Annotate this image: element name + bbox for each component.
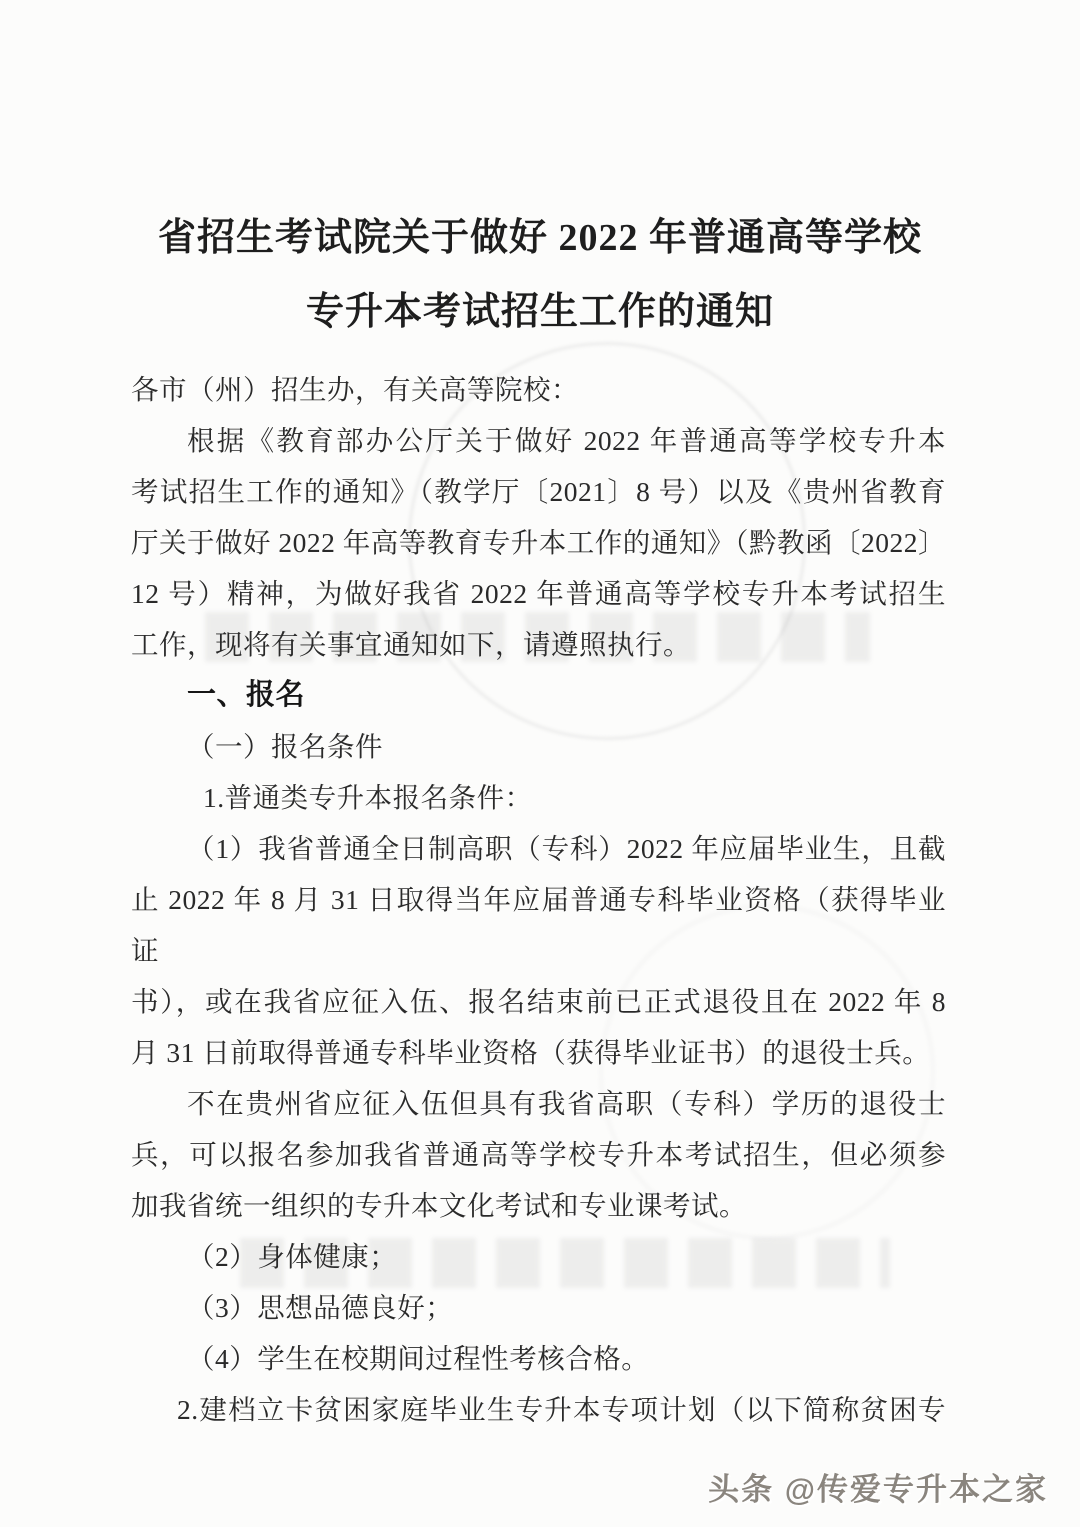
subsection-heading: （一）报名条件	[131, 721, 946, 772]
document-title-line: 省招生考试院关于做好 2022 年普通高等学校	[0, 201, 1080, 275]
body-line: 不在贵州省应征入伍但具有我省高职（专科）学历的退役士	[131, 1078, 946, 1129]
list-item: （2）身体健康；	[131, 1231, 946, 1282]
list-item: （4）学生在校期间过程性考核合格。	[131, 1333, 946, 1384]
body-line: 加我省统一组织的专升本文化考试和专业课考试。	[131, 1180, 946, 1231]
body-line: 厅关于做好 2022 年高等教育专升本工作的通知》（黔教函〔2022〕	[131, 517, 946, 568]
list-item: 1.普通类专升本报名条件：	[131, 772, 946, 823]
body-line: 2.建档立卡贫困家庭毕业生专升本专项计划（以下简称贫困专	[131, 1384, 946, 1435]
body-line: 考试招生工作的通知》（教学厅〔2021〕8 号）以及《贵州省教育	[131, 466, 946, 517]
scanned-notice-page: 省招生考试院关于做好 2022 年普通高等学校 专升本考试招生工作的通知 各市（…	[0, 0, 1080, 1527]
body-line: 兵，可以报名参加我省普通高等学校专升本考试招生，但必须参	[131, 1129, 946, 1180]
section-heading: 一、报名	[131, 670, 946, 721]
salutation-line: 各市（州）招生办，有关高等院校：	[131, 364, 946, 415]
body-line: 月 31 日前取得普通专科毕业资格（获得毕业证书）的退役士兵。	[131, 1027, 946, 1078]
platform-credit-watermark: 头条 @传爱专升本之家	[708, 1464, 1048, 1509]
body-line: 根据《教育部办公厅关于做好 2022 年普通高等学校专升本	[131, 415, 946, 466]
document-body: 各市（州）招生办，有关高等院校： 根据《教育部办公厅关于做好 2022 年普通高…	[131, 364, 946, 1435]
body-line: 12 号）精神，为做好我省 2022 年普通高等学校专升本考试招生	[131, 568, 946, 619]
document-title: 省招生考试院关于做好 2022 年普通高等学校 专升本考试招生工作的通知	[0, 201, 1080, 349]
list-item: （3）思想品德良好；	[131, 1282, 946, 1333]
body-line: （1）我省普通全日制高职（专科）2022 年应届毕业生，且截	[131, 823, 946, 874]
body-line: 止 2022 年 8 月 31 日取得当年应届普通专科毕业资格（获得毕业证	[131, 874, 946, 976]
body-line: 书），或在我省应征入伍、报名结束前已正式退役且在 2022 年 8	[131, 976, 946, 1027]
body-line: 工作，现将有关事宜通知如下，请遵照执行。	[131, 619, 946, 670]
document-title-line: 专升本考试招生工作的通知	[0, 275, 1080, 349]
